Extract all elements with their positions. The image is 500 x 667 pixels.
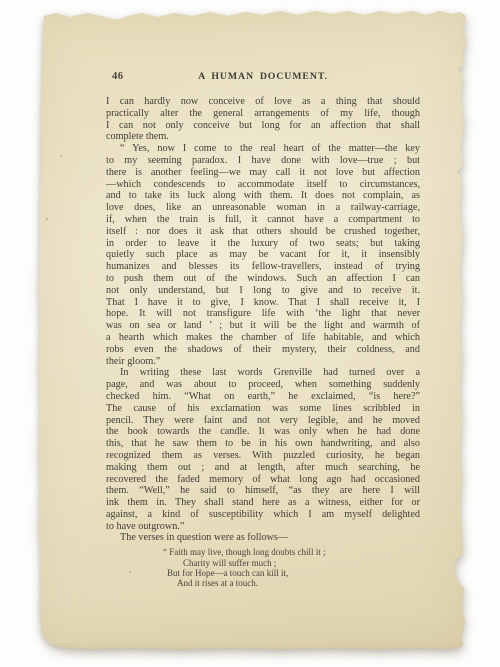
text-line: complete them. <box>106 131 420 143</box>
text-line: The cause of his exclamation was some li… <box>106 403 420 415</box>
text-line: against, a kind of susceptibility which … <box>106 509 420 521</box>
text-line: not only understand, but I long to give … <box>106 285 420 297</box>
text-line: hope. It will not transfigure life with … <box>106 308 420 320</box>
text-line: ink them in. They shall stand here as a … <box>106 497 420 509</box>
text-line: a hearth which makes the chamber of life… <box>106 332 420 344</box>
text-line: pencil. They were faint and not very leg… <box>106 415 420 427</box>
text-line: making them out ; and at length, after m… <box>106 462 420 474</box>
text-line: to push them out of the windows. Such an… <box>106 273 420 285</box>
paragraph: I can hardly now conceive of love as a t… <box>106 96 420 143</box>
paper-speck <box>129 571 131 573</box>
paragraph: In writing these last words Grenville ha… <box>106 367 420 532</box>
text-line: was on sea or land ’ ; but it will be th… <box>106 320 420 332</box>
verse-line: Charity will suffer much ; <box>183 558 420 568</box>
photo-background: 46 A HUMAN DOCUMENT. I can hardly now co… <box>0 0 500 667</box>
text-line: in order to leave it the luxury of two s… <box>106 238 420 250</box>
page-header: 46 A HUMAN DOCUMENT. <box>106 71 420 84</box>
page-content: 46 A HUMAN DOCUMENT. I can hardly now co… <box>106 71 420 588</box>
verse-line: “ Faith may live, though long doubts chi… <box>163 547 420 557</box>
text-line: —which condescends to accommodate itself… <box>106 179 420 191</box>
verse-line: But for Hope—a touch can kill it, <box>167 568 420 578</box>
text-line: I can hardly now conceive of love as a t… <box>106 96 420 108</box>
paper-speck <box>60 155 62 157</box>
running-title: A HUMAN DOCUMENT. <box>106 71 420 82</box>
paragraph: The verses in question were as follows— <box>106 532 420 544</box>
text-line: page, and was about to proceed, when som… <box>106 379 420 391</box>
paper-speck <box>46 218 48 220</box>
text-line: The verses in question were as follows— <box>106 532 420 544</box>
text-line: if, when the train is full, it cannot ha… <box>106 214 420 226</box>
page-number: 46 <box>112 71 124 82</box>
text-line: In writing these last words Grenville ha… <box>106 367 420 379</box>
text-line: there is another feeling—we may call it … <box>106 167 420 179</box>
text-line: humanizes and blesses its fellow-travell… <box>106 261 420 273</box>
text-line: practically alter the general arrangemen… <box>106 108 420 120</box>
text-line: love does, like an unreasonable woman in… <box>106 202 420 214</box>
text-line: quietly such place as may be vacant for … <box>106 249 420 261</box>
verse-block: “ Faith may live, though long doubts chi… <box>106 547 420 588</box>
text-line: recovered the faded memory of what long … <box>106 474 420 486</box>
book-page: 46 A HUMAN DOCUMENT. I can hardly now co… <box>30 8 470 650</box>
text-line: “ Yes, now I come to the real heart of t… <box>106 143 420 155</box>
paragraph: “ Yes, now I come to the real heart of t… <box>106 143 420 367</box>
text-line: them. “Well,” he said to himself, “as th… <box>106 485 420 497</box>
text-line: I can not only conceive but long for an … <box>106 120 420 132</box>
page-body: I can hardly now conceive of love as a t… <box>106 96 420 544</box>
text-line: recognized them as verses. With puzzled … <box>106 450 420 462</box>
text-line: the book towards the candle. It was only… <box>106 426 420 438</box>
text-line: to my seeming paradox. I have done with … <box>106 155 420 167</box>
text-line: and to take its luck along with them. It… <box>106 190 420 202</box>
text-line: robs even the shadows of their mystery, … <box>106 344 420 356</box>
text-line: checked him. “What on earth,” he exclaim… <box>106 391 420 403</box>
verse-line: And it rises at a touch. <box>177 578 420 588</box>
text-line: That I have it to give, I know. That I s… <box>106 297 420 309</box>
text-line: their gloom.” <box>106 356 420 368</box>
text-line: itself : nor does it ask that others sho… <box>106 226 420 238</box>
text-line: this, that he saw them to be in his own … <box>106 438 420 450</box>
text-line: to have outgrown.” <box>106 521 420 533</box>
